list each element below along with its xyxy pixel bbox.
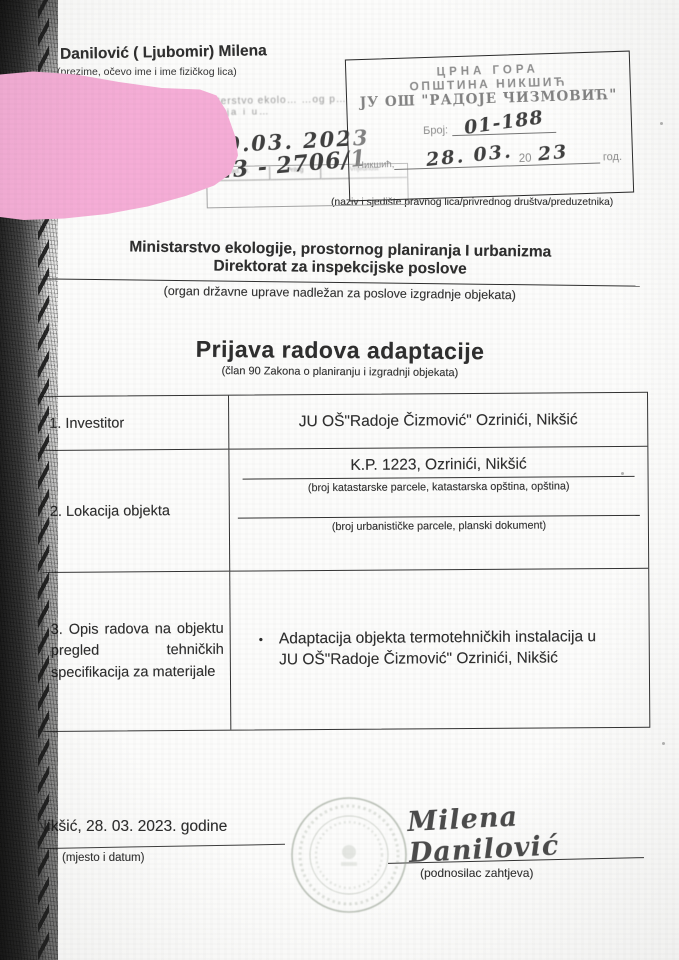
office-stamp-year-handwritten: 23 bbox=[536, 141, 569, 166]
row1-value: JU OŠ"Radoje Čizmović" Ozrinići, Nikšić bbox=[229, 410, 647, 431]
office-stamp-place-label: Никшић, bbox=[357, 159, 395, 171]
scanned-document-page: Danilović ( Ljubomir) Milena (prezime, o… bbox=[0, 0, 679, 960]
row3-value: Adaptacija objekta termotehničkih instal… bbox=[279, 627, 610, 671]
scan-speck bbox=[662, 742, 665, 745]
place-date-underline bbox=[33, 844, 285, 849]
row1-value-cell: JU OŠ"Radoje Čizmović" Ozrinići, Nikšić bbox=[228, 393, 647, 450]
office-stamp-box: ЦРНА ГОРА ОПШТИНА НИКШИЋ ЈУ ОШ "РАДОЈЕ Ч… bbox=[345, 51, 634, 202]
row2-label: Lokacija objekta bbox=[66, 503, 170, 520]
row2-label-cell: 2. Lokacija objekta bbox=[41, 450, 229, 573]
place-date-caption: (mjesto i datum) bbox=[62, 852, 144, 864]
form-title-caption: (član 90 Zakona o planiranju i izgradnji… bbox=[40, 363, 640, 380]
office-stamp-year-suffix: год. bbox=[603, 151, 622, 164]
row3-label: 3. Opis radova na objektu pregled tehnič… bbox=[51, 619, 224, 683]
office-stamp-date-line: 28. 03. 20 23 bbox=[394, 141, 600, 170]
row2-caption2: (broj urbanističke parcele, planski doku… bbox=[230, 519, 648, 534]
office-stamp-number-line: 01-188 bbox=[452, 110, 557, 136]
row3-label-cell: 3. Opis radova na objektu pregled tehnič… bbox=[42, 572, 230, 731]
row2-caption1: (broj katastarske parcele, katastarska o… bbox=[230, 480, 648, 495]
office-stamp-date-handwritten: 28. 03. bbox=[425, 140, 514, 171]
form-title-block: Prijava radova adaptacije (član 90 Zakon… bbox=[40, 334, 640, 380]
office-stamp-date-row: Никшић, 28. 03. 20 23 год. bbox=[357, 137, 623, 171]
ministry-heading: Ministarstvo ekologije, prostornog plani… bbox=[40, 237, 641, 303]
form-table: 1. Investitor JU OŠ"Radoje Čizmović" Ozr… bbox=[40, 392, 650, 732]
place-and-date: Nikšić, 28. 03. 2023. godine bbox=[36, 818, 227, 836]
office-stamp-number-label: Број: bbox=[423, 124, 448, 137]
bullet-icon: • bbox=[259, 630, 263, 651]
office-stamp-year-prefix: 20 bbox=[519, 153, 532, 165]
row2-value: K.P. 1223, Ozrinići, Nikšić bbox=[242, 455, 635, 480]
scan-speck bbox=[660, 122, 663, 125]
form-title: Prijava radova adaptacije bbox=[40, 334, 640, 366]
row2-value-cell: K.P. 1223, Ozrinići, Nikšić (broj katast… bbox=[228, 447, 648, 572]
round-stamp bbox=[286, 792, 412, 918]
row3-value-cell: • Adaptacija objekta termotehničkih inst… bbox=[229, 569, 649, 730]
row2-blank-line bbox=[238, 514, 639, 519]
row1-label: Investitor bbox=[65, 415, 124, 431]
office-stamp-number-handwritten: 01-188 bbox=[463, 106, 545, 139]
row1-label-cell: 1. Investitor bbox=[41, 396, 228, 451]
applicant-name: Danilović ( Ljubomir) Milena bbox=[60, 42, 267, 64]
signature-caption: (podnosilac zahtjeva) bbox=[420, 866, 533, 880]
pink-redaction-block bbox=[0, 70, 238, 220]
